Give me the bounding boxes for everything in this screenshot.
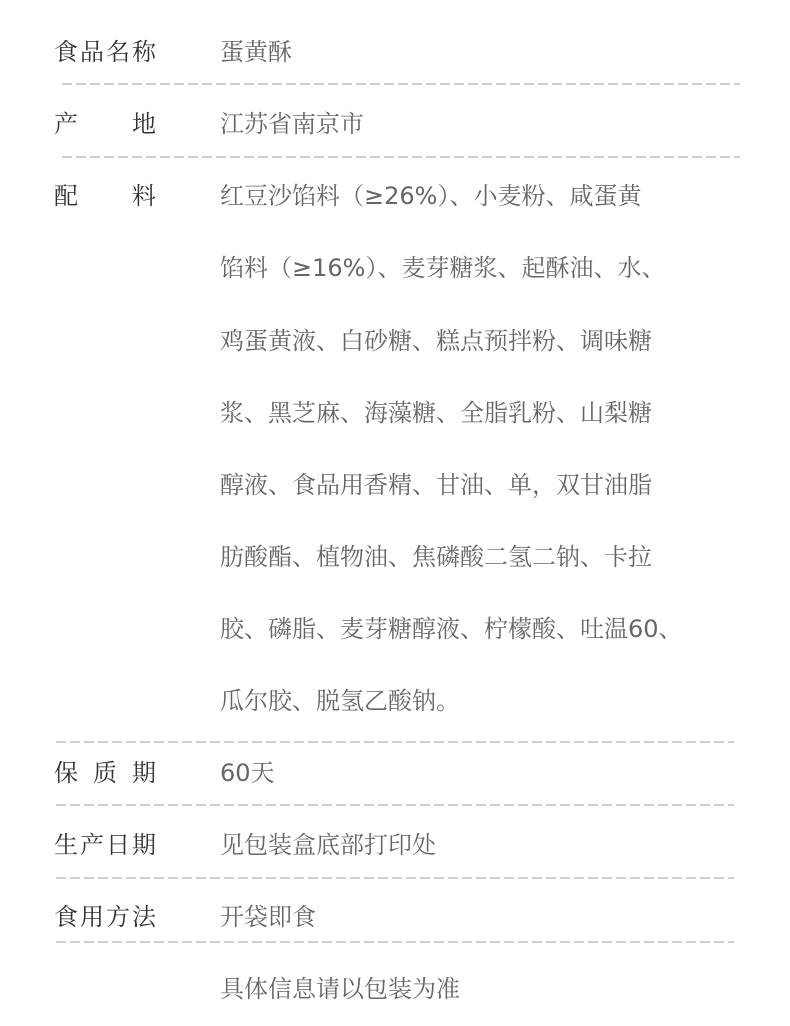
- value-origin: 江苏省南京市: [220, 108, 364, 140]
- label-usage: 食 用 方 法: [54, 901, 156, 933]
- ingredients-line: 馅料（≥16%）、麦芽糖浆、起酥油、水、: [220, 252, 665, 284]
- ingredients-line: 鸡蛋黄液、白砂糖、糕点预拌粉、调味糖: [220, 325, 652, 357]
- label-char: 名: [106, 36, 130, 68]
- label-char: 称: [132, 36, 156, 68]
- label-char: 品: [80, 36, 104, 68]
- value-production-date: 见包装盒底部打印处: [220, 829, 436, 861]
- label-char: 食: [54, 36, 78, 68]
- label-char: 保: [54, 757, 78, 789]
- ingredients-line: 红豆沙馅料（≥26%）、小麦粉、咸蛋黄: [220, 180, 641, 212]
- label-char: 料: [132, 180, 156, 212]
- divider: [56, 877, 734, 879]
- label-char: 配: [54, 180, 78, 212]
- value-shelf-life: 60天: [220, 757, 275, 789]
- label-char: 产: [80, 829, 104, 861]
- label-char: 质: [93, 757, 117, 789]
- label-char: 生: [54, 829, 78, 861]
- footer-note: 具体信息请以包装为准: [220, 973, 460, 1005]
- label-char: 日: [106, 829, 130, 861]
- label-char: 地: [132, 108, 156, 140]
- label-char: 期: [132, 829, 156, 861]
- ingredients-line: 瓜尔胶、脱氢乙酸钠。: [220, 685, 460, 717]
- label-char: 产: [54, 108, 78, 140]
- label-char: 法: [132, 901, 156, 933]
- label-origin: 产 地: [54, 108, 156, 140]
- label-char: 期: [132, 757, 156, 789]
- label-food-name: 食 品 名 称: [54, 36, 156, 68]
- label-char: 食: [54, 901, 78, 933]
- label-production-date: 生 产 日 期: [54, 829, 156, 861]
- label-char: 用: [80, 901, 104, 933]
- divider: [62, 83, 740, 85]
- ingredients-line: 胶、磷脂、麦芽糖醇液、柠檬酸、吐温60、: [220, 613, 683, 645]
- ingredients-line: 醇液、食品用香精、甘油、单，双甘油脂: [220, 469, 652, 501]
- divider: [56, 741, 734, 743]
- label-char: 方: [106, 901, 130, 933]
- ingredients-line: 肪酸酯、植物油、焦磷酸二氢二钠、卡拉: [220, 541, 652, 573]
- divider: [56, 941, 734, 943]
- value-usage: 开袋即食: [220, 901, 316, 933]
- label-ingredients: 配 料: [54, 180, 156, 212]
- label-shelf-life: 保 质 期: [54, 757, 156, 789]
- divider: [56, 804, 734, 806]
- ingredients-line: 浆、黑芝麻、海藻糖、全脂乳粉、山梨糖: [220, 397, 652, 429]
- divider: [62, 156, 740, 158]
- value-food-name: 蛋黄酥: [220, 36, 292, 68]
